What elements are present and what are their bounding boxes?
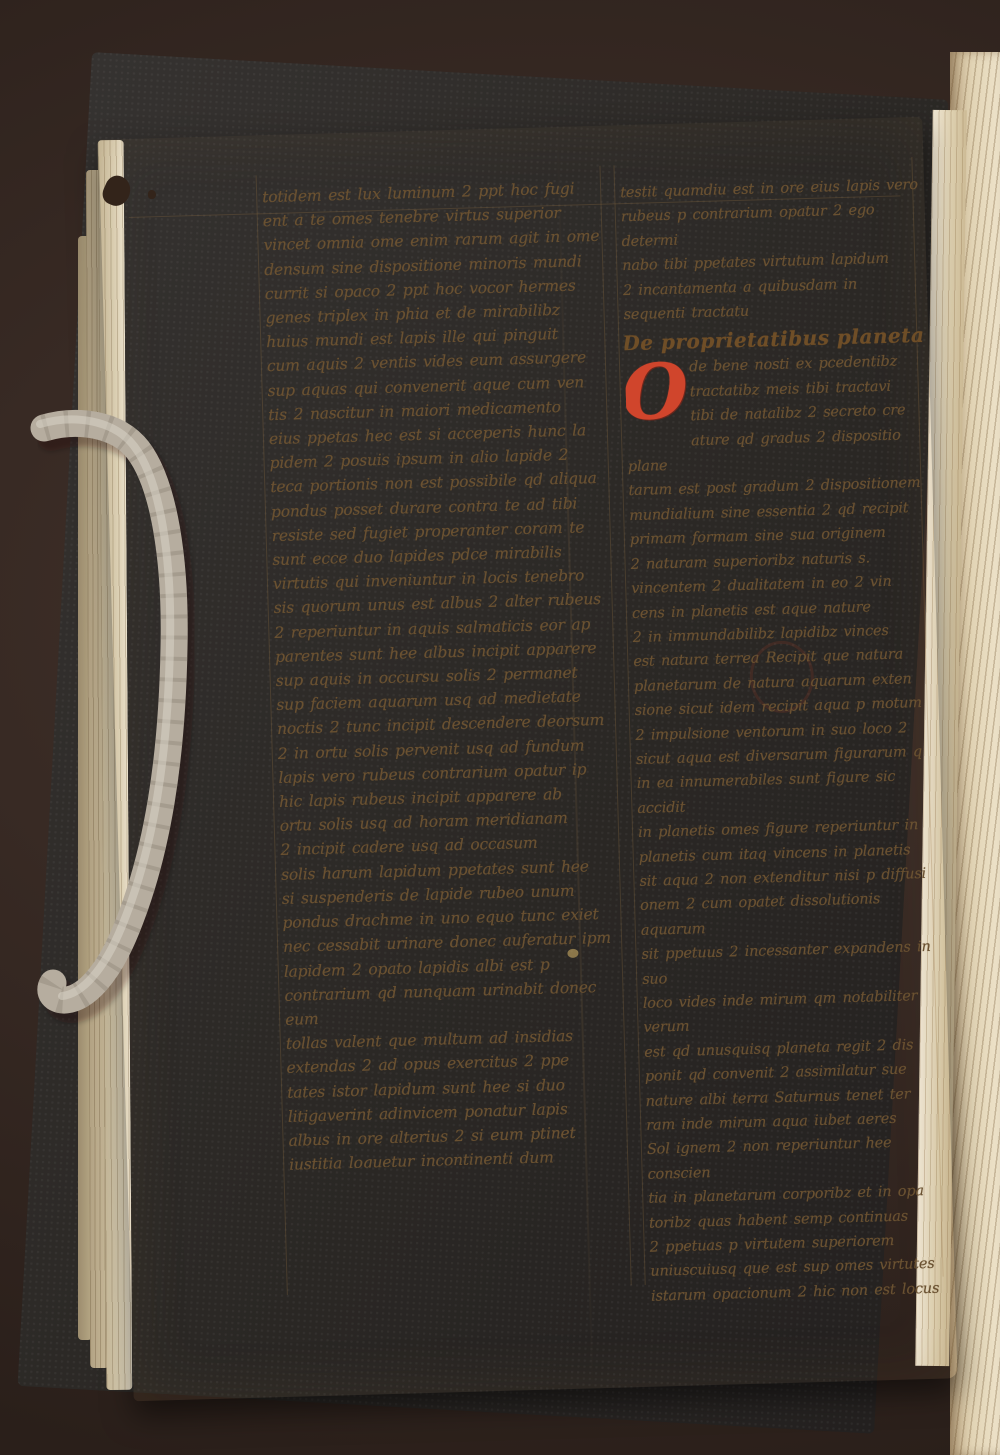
manuscript-text-left: totidem est lux luminum 2 ppt hoc fugi e…	[262, 176, 631, 1170]
rubricated-initial: O	[621, 358, 685, 434]
manuscript-photograph: totidem est lux luminum 2 ppt hoc fugi e…	[0, 0, 1000, 1455]
text-column-right: testit quamdiu est in ore eius lapis ver…	[620, 173, 951, 1311]
manuscript-page: totidem est lux luminum 2 ppt hoc fugi e…	[99, 117, 958, 1402]
chapter-body: O de bene nosti ex pcedentibz tractatibz…	[625, 349, 952, 1311]
wormhole-damage	[148, 190, 156, 199]
text-column-left: totidem est lux luminum 2 ppt hoc fugi e…	[262, 176, 631, 1170]
manuscript-text-right-body: de bene nosti ex pcedentibz tractatibz m…	[625, 349, 952, 1311]
manuscript-text-right-intro: testit quamdiu est in ore eius lapis ver…	[620, 173, 924, 328]
